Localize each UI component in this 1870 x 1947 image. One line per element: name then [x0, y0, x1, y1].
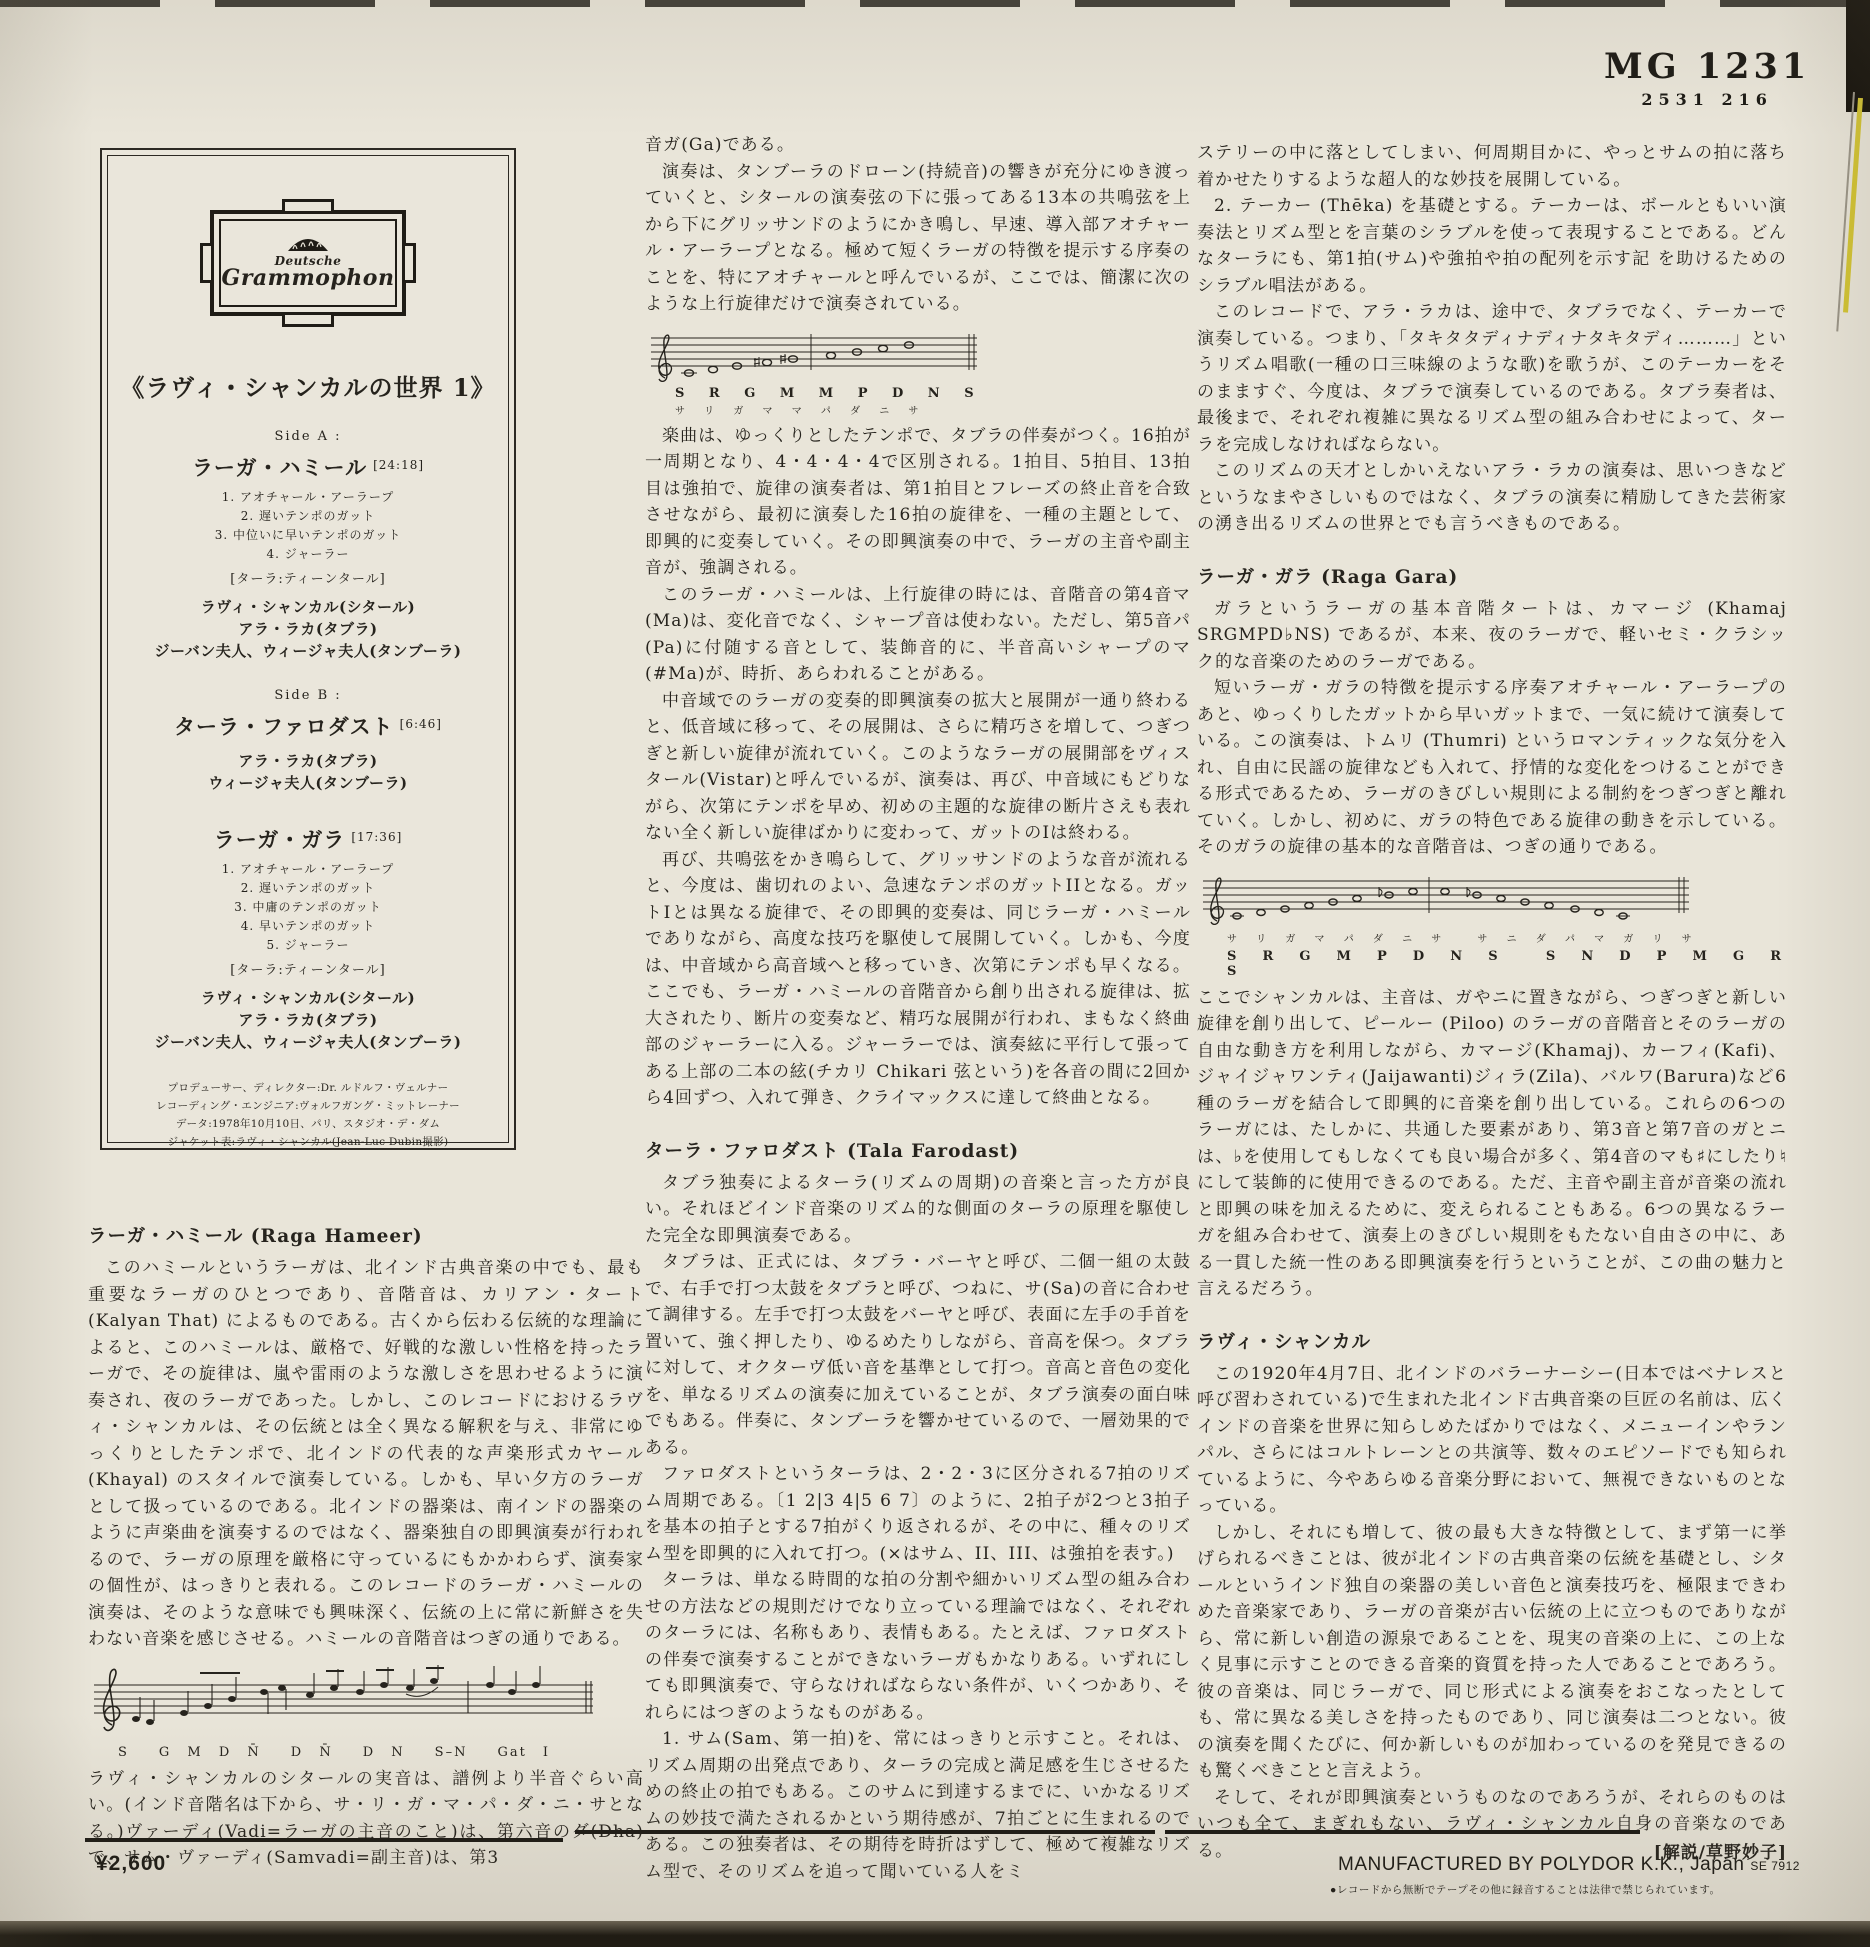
paragraph: この1920年4月7日、北インドのバラーナーシー(日本ではベナレスと呼び習わされ…: [1197, 1361, 1787, 1520]
track-item: 4. ジャーラー: [108, 545, 508, 564]
notation-aochar-scale: S R G M M P D N S サ リ ガ マ マ パ ダ ニ サ: [645, 328, 1191, 417]
side-b-work2-tracks: 1. アオチャール・アーラープ 2. 遅いテンポのガット 3. 中庸のテンポのガ…: [108, 860, 508, 955]
production-credits: プロデューサー、ディレクター:Dr. ルドルフ・ヴェルナー レコーディング・エン…: [108, 1079, 508, 1151]
work-duration: [24:18]: [373, 458, 424, 472]
performer: ラヴィ・シャンカル(シタール): [108, 596, 508, 618]
side-b-work2-performers: ラヴィ・シャンカル(シタール) アラ・ラカ(タブラ) ジーバン夫人、ウィージャ夫…: [108, 987, 508, 1053]
column-right: ステリーの中に落としてしまい、何周期目かに、やっとサムの拍に落ち着かせたりするよ…: [1197, 140, 1787, 1863]
paragraph: このレコードで、アラ・ラカは、途中で、タブラでなく、テーカーで演奏している。つま…: [1197, 299, 1787, 458]
performer: アラ・ラカ(タブラ): [108, 618, 508, 640]
side-a-tala: [ターラ:ティーンタール]: [108, 568, 508, 587]
performer: アラ・ラカ(タブラ): [108, 750, 508, 772]
side-b-label: Side B :: [108, 688, 508, 703]
plaque-tab-bottom: [282, 312, 334, 327]
work-title-text: ラーガ・ハミール: [192, 455, 367, 480]
paragraph: 2. テーカー (Thēka) を基礎とする。テーカーは、ボールともいい演奏法と…: [1197, 193, 1787, 299]
plaque-tab-top: [282, 199, 334, 214]
paragraph: このリズムの天才としかいえないアラ・ラカの演奏は、思いつきなどというなまやさしい…: [1197, 458, 1787, 538]
catalog-subnumber: 2531 216: [1604, 90, 1810, 109]
side-a-performers: ラヴィ・シャンカル(シタール) アラ・ラカ(タブラ) ジーバン夫人、ウィージャ夫…: [108, 596, 508, 662]
paragraph: このハミールというラーガは、北インド古典音楽の中でも、最も重要なラーガのひとつで…: [88, 1255, 644, 1653]
credit-line: レコーディング・エンジニア:ヴォルフガング・ミットレーナー: [108, 1097, 508, 1115]
notation-letter-labels: S R G M M P D N S: [645, 386, 1191, 401]
scan-edge-bottom: [0, 1921, 1870, 1947]
track-item: 1. アオチャール・アーラープ: [108, 488, 508, 507]
notation-hameer-scale: S G M D N̄ D N̄ D N S–N Gat I: [88, 1663, 644, 1760]
work-duration: [17:36]: [351, 830, 402, 844]
paragraph: 演奏は、タンブーラのドローン(持続音)の響きが充分にゆき渡っていくと、シタールの…: [645, 159, 1191, 318]
side-a-tracks: 1. アオチャール・アーラープ 2. 遅いテンポのガット 3. 中位いに早いテン…: [108, 488, 508, 564]
paragraph: 音ガ(Ga)である。: [645, 132, 1191, 159]
track-item: 3. 中庸のテンポのガット: [108, 898, 508, 917]
se-number: SE 7912: [1750, 1859, 1800, 1873]
price: ¥2,600: [96, 1852, 166, 1876]
performer: ウィージャ夫人(タンブーラ): [108, 772, 508, 794]
performer: ジーバン夫人、ウィージャ夫人(タンブーラ): [108, 640, 508, 662]
paragraph: 短いラーガ・ガラの特徴を提示する序奏アオチャール・アーラープのあと、ゆっくりした…: [1197, 675, 1787, 861]
side-a-label: Side A :: [108, 429, 508, 444]
side-b-work1-performers: アラ・ラカ(タブラ) ウィージャ夫人(タンブーラ): [108, 750, 508, 794]
section-heading-raga-hameer: ラーガ・ハミール (Raga Hameer): [88, 1222, 644, 1248]
scan-edge-right: [1846, 0, 1870, 112]
performer: ラヴィ・シャンカル(シタール): [108, 987, 508, 1009]
paragraph: このラーガ・ハミールは、上行旋律の時には、音階音の第4音マ(Ma)は、変化音でな…: [645, 582, 1191, 688]
paragraph: ラヴィ・シャンカルのシタールの実音は、譜例より半音ぐらい高い。(インド音階名は下…: [88, 1766, 644, 1872]
footer-rule-left: [85, 1838, 563, 1842]
side-b-work2-title: ラーガ・ガラ[17:36]: [108, 824, 508, 854]
track-item: 2. 遅いテンポのガット: [108, 879, 508, 898]
performer: アラ・ラカ(タブラ): [108, 1009, 508, 1031]
column-middle: 音ガ(Ga)である。 演奏は、タンブーラのドローン(持続音)の響きが充分にゆき渡…: [645, 132, 1191, 1885]
paragraph: タブラは、正式には、タブラ・バーヤと呼び、二個一組の太鼓で、右手で打つ太鼓をタブ…: [645, 1249, 1191, 1461]
credit-line: データ:1978年10月10日、パリ、スタジオ・デ・ダム: [108, 1115, 508, 1133]
paragraph: ファロダストというターラは、2・2・3に区分される7拍のリズム周期である。〔1 …: [645, 1461, 1191, 1567]
section-heading-ravi-shankar: ラヴィ・シャンカル: [1197, 1328, 1787, 1354]
paragraph: ターラは、単なる時間的な拍の分割や細かいリズム型の組み合わせの方法などの規則だけ…: [645, 1567, 1191, 1726]
notation-labels: S G M D N̄ D N̄ D N S–N Gat I: [88, 1741, 644, 1760]
track-item: 5. ジャーラー: [108, 936, 508, 955]
plaque-tab-right: [402, 243, 416, 283]
footer-rule-right: [1165, 1830, 1640, 1834]
side-a-work-title: ラーガ・ハミール[24:18]: [108, 452, 508, 482]
paragraph: ガラというラーガの基本音階タートは、カマージ (Khamaj SRGMPD♭NS…: [1197, 596, 1787, 676]
scan-edge-top: [0, 0, 1870, 7]
work-title-text: ターラ・ファロダスト: [174, 714, 394, 739]
credit-line: ジャケット表:ラヴィ・シャンカル(Jean-Luc Dubin撮影): [108, 1133, 508, 1151]
catalog-block: MG 1231 2531 216: [1604, 46, 1810, 109]
dg-logo-plaque: Deutsche Grammophon: [210, 210, 406, 316]
column-left: ラーガ・ハミール (Raga Hameer) このハミールというラーガは、北イン…: [88, 1222, 644, 1872]
section-heading-tala-farodast: ターラ・ファロダスト (Tala Farodast): [645, 1137, 1191, 1163]
track-item: 1. アオチャール・アーラープ: [108, 860, 508, 879]
paragraph: ステリーの中に落としてしまい、何周期目かに、やっとサムの拍に落ち着かせたりするよ…: [1197, 140, 1787, 193]
notation-letter-labels: S R G M P D N S S N D P M G R S: [1197, 945, 1787, 979]
footer-rule-middle: [575, 1830, 1155, 1834]
dg-logo: Deutsche Grammophon: [219, 219, 397, 307]
musical-staff-icon: [645, 328, 985, 386]
brand-grammophon: Grammophon: [222, 265, 395, 291]
notation-kana-labels: サ リ ガ マ マ パ ダ ニ サ: [645, 402, 1191, 417]
paragraph: タブラ独奏によるターラ(リズムの周期)の音楽と言った方が良い。それほどインド音楽…: [645, 1170, 1191, 1250]
side-b-work1-title: ターラ・ファロダスト[6:46]: [108, 711, 508, 741]
notation-gara-scale: サ リ ガ マ パ ダ ニ サ サ ニ ダ パ マ ガ リ サ S R G M …: [1197, 871, 1787, 979]
dg-tulip-crest-icon: [285, 236, 331, 252]
manufacturer-line: MANUFACTURED BY POLYDOR K.K., JapanSE 79…: [1338, 1854, 1800, 1876]
performer: ジーバン夫人、ウィージャ夫人(タンブーラ): [108, 1031, 508, 1053]
track-item: 3. 中位いに早いテンポのガット: [108, 526, 508, 545]
musical-staff-icon: [1197, 871, 1697, 929]
paragraph: 1. サム(Sam、第一拍)を、常にはっきりと示すこと。それは、リズム周期の出発…: [645, 1726, 1191, 1885]
paragraph: 再び、共鳴弦をかき鳴らして、グリッサンドのような音が流れると、今度は、歯切れのよ…: [645, 847, 1191, 1112]
tracklist-box: Deutsche Grammophon 《ラヴィ・シャンカルの世界 1》 Sid…: [100, 148, 516, 1150]
tracklist-box-inner: Deutsche Grammophon 《ラヴィ・シャンカルの世界 1》 Sid…: [107, 155, 509, 1143]
copyright-note: ●レコードから無断でテープその他に録音することは法律で禁じられています。: [1330, 1882, 1720, 1897]
album-title: 《ラヴィ・シャンカルの世界 1》: [108, 368, 508, 403]
paragraph: ここでシャンカルは、主音は、ガやニに置きながら、つぎつぎと新しい旋律を創り出して…: [1197, 985, 1787, 1303]
manufacturer-text: MANUFACTURED BY POLYDOR K.K., Japan: [1338, 1854, 1744, 1875]
work-duration: [6:46]: [400, 717, 442, 731]
paragraph: しかし、それにも増して、彼の最も大きな特徴として、まず第一に挙げられるべきことは…: [1197, 1520, 1787, 1785]
catalog-number: MG 1231: [1604, 46, 1810, 87]
plaque-tab-left: [200, 243, 214, 283]
paragraph: 楽曲は、ゆっくりとしたテンポで、タブラの伴奏がつく。16拍が一周期となり、4・4…: [645, 423, 1191, 582]
lp-back-cover: MG 1231 2531 216 Deutsche Grammophon: [0, 0, 1870, 1947]
musical-staff-icon: [88, 1663, 608, 1741]
track-item: 4. 早いテンポのガット: [108, 917, 508, 936]
section-heading-raga-gara: ラーガ・ガラ (Raga Gara): [1197, 563, 1787, 589]
track-item: 2. 遅いテンポのガット: [108, 507, 508, 526]
credit-line: プロデューサー、ディレクター:Dr. ルドルフ・ヴェルナー: [108, 1079, 508, 1097]
paragraph: 中音域でのラーガの変奏的即興演奏の拡大と展開が一通り終わると、低音域に移って、そ…: [645, 688, 1191, 847]
side-b-work2-tala: [ターラ:ティーンタール]: [108, 959, 508, 978]
notation-kana-labels: サ リ ガ マ パ ダ ニ サ サ ニ ダ パ マ ガ リ サ: [1197, 930, 1787, 945]
work-title-text: ラーガ・ガラ: [214, 827, 346, 852]
